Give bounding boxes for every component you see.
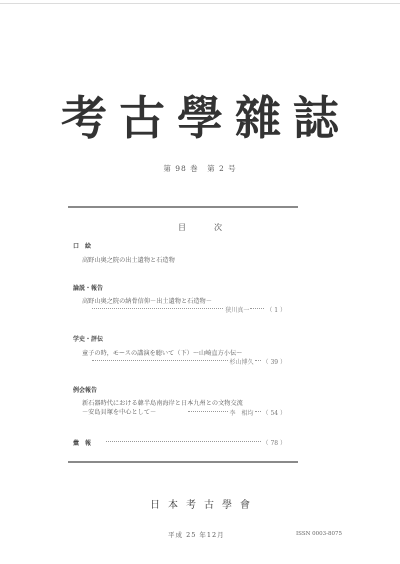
section-label-frontispiece: 口 絵 [73, 241, 91, 250]
toc-entry-page: （ 54 ） [263, 408, 286, 417]
toc-entry-leader: 狭川真一 （ 1 ） [92, 305, 286, 314]
toc-entry-title[interactable]: 童子の時，モースの講演を聴いて（下）～山崎直方小伝～ [82, 348, 242, 357]
section-label-meeting-reports: 例会報告 [73, 385, 97, 394]
toc-entry-subtitle: －安島貝塚を中心として－ [82, 407, 156, 416]
publisher-name: 日本考古學會 [0, 496, 400, 511]
toc-entry-author: 杉山博久 [230, 357, 254, 366]
toc-entry-leader: 杉山博久 （ 39 ） [92, 357, 286, 366]
toc-entry-title[interactable]: 高野山奥之院の出土遺物と石造物 [82, 255, 175, 264]
dot-leader [255, 360, 261, 361]
toc-entry-leader[interactable]: （ 78 ） [106, 438, 286, 447]
toc-entry-title[interactable]: 高野山奥之院の納骨信仰－出土遺物と石造物－ [82, 296, 212, 305]
toc-entry-page: （ 78 ） [263, 438, 286, 447]
dot-leader [250, 308, 264, 309]
page-top-edge [0, 3, 400, 4]
section-label-history: 学史・評伝 [73, 334, 103, 343]
section-label-articles: 論説・報告 [73, 283, 103, 292]
bottom-divider [68, 461, 298, 463]
dot-leader [106, 441, 261, 442]
top-divider [68, 206, 298, 208]
volume-issue: 第 98 巻 第 2 号 [0, 163, 400, 174]
dot-leader [92, 308, 223, 309]
toc-entry-author: 狭川真一 [225, 305, 249, 314]
issn-number: ISSN 0003-8075 [296, 531, 342, 537]
section-label-bulletin: 彙 報 [73, 438, 91, 447]
toc-entry-author: 李 相均 [230, 408, 254, 417]
toc-entry-page: （ 39 ） [263, 357, 286, 366]
dot-leader [92, 360, 228, 361]
publication-date: 平成 25 年12月 [168, 530, 225, 539]
toc-entry-leader: 李 相均 （ 54 ） [188, 408, 286, 417]
dot-leader [188, 411, 228, 412]
journal-title: 考古學雜誌 [0, 82, 400, 148]
toc-entry-title[interactable]: 新石器時代における韓半島南海岸と日本九州との文物交流 [82, 398, 243, 407]
toc-entry-page: （ 1 ） [266, 305, 286, 314]
dot-leader [255, 411, 261, 412]
toc-heading: 目次 [0, 222, 400, 233]
